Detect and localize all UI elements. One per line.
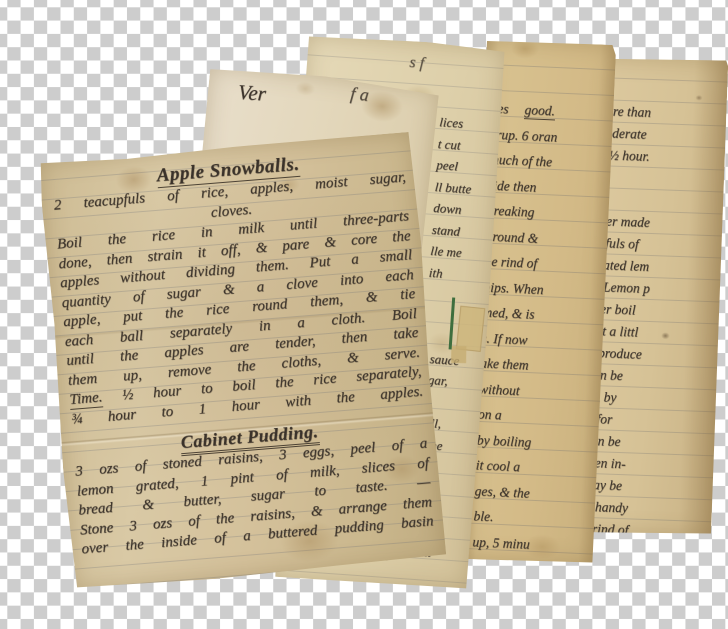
tape-patch bbox=[451, 346, 466, 363]
script-fragment: the. — bbox=[581, 540, 710, 566]
recipe-page-front: Apple Snowballs. 2 teacupfuls of rice, a… bbox=[38, 132, 446, 591]
script-fragment: in ½ hour. bbox=[595, 144, 724, 170]
script-fragment: d rind of bbox=[581, 518, 710, 544]
script-fragment: f a bbox=[349, 83, 370, 106]
script-fragment: ith bbox=[428, 261, 489, 287]
script-fragment: to reduce th bbox=[471, 554, 592, 585]
transparency-checkerboard: more thanmoderatein ½ hour. etter madeup… bbox=[0, 0, 728, 629]
tape-patch bbox=[456, 306, 485, 352]
script-fragment: s f bbox=[409, 54, 425, 73]
script-fragment: Ver bbox=[237, 80, 267, 107]
